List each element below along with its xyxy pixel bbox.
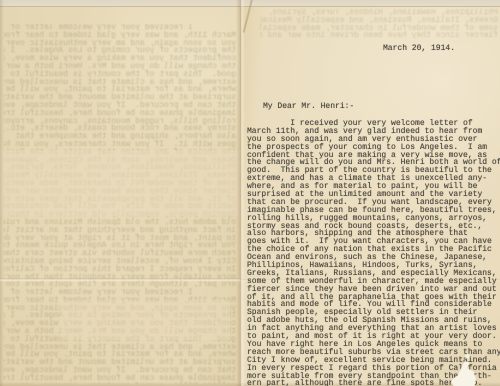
- paper-damage-speck: [465, 354, 470, 359]
- letter-body: I received your very welcome letter ofMa…: [247, 120, 500, 386]
- paper-blank-patch: [60, 300, 230, 340]
- fold-crease-vertical: [236, 0, 245, 386]
- letter-salutation: My Dear Mr. Henri:-: [263, 102, 354, 111]
- fold-crease-horizontal-left: [0, 278, 240, 282]
- bleed-through-text-right-top: Phillipinos, Hawaiians, Hindoos, Turks, …: [260, 9, 498, 41]
- paper-blank-patch: [0, 150, 240, 216]
- paper-left-edge: [0, 0, 4, 386]
- letter-date: March 20, 1914.: [383, 44, 455, 53]
- letter-scan: I received your very welcome letter of M…: [0, 0, 500, 386]
